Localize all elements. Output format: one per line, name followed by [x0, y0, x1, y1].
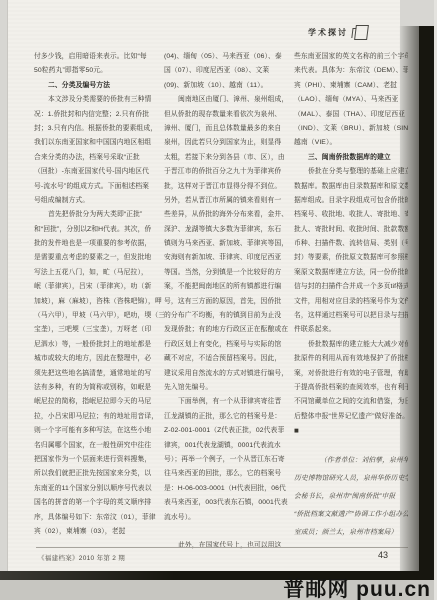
text-line: 文件，用相对应目录的档案号作为文件 — [294, 295, 408, 309]
bookmark-icon — [354, 25, 369, 40]
text-line: 付多少钱，启用暗语来表示。比如“每 — [34, 50, 164, 64]
text-line: 据库组成。目录字段组成可包含侨批的 — [294, 194, 408, 208]
text-line: 号-流水号”的组成方式。下面相述档案 — [34, 180, 164, 194]
text-line: 侨批在分类与整理的基础上应建立 — [294, 165, 408, 179]
text-line: 拉，小吕宋即马尼拉；有的地址用音译， — [34, 410, 164, 424]
author-line: 历史博物馆研究人员，泉州华侨历史学 — [294, 470, 408, 488]
text-line: 表马来西亚，003代表东石镇，0001代表 — [164, 496, 294, 510]
text-line: 是：H-06-003-0001（H代表回批，06代 — [164, 482, 294, 496]
text-line: 律宾，001代表龙湖镇，0001代表流水 — [164, 439, 294, 453]
text-line: 档案号、收批地、收批人、寄批地、寄 — [294, 208, 408, 222]
page-number: 43 — [378, 550, 388, 560]
text-line: （LAO）、缅甸（MYA）、马来西亚 — [294, 93, 408, 107]
text-line: 我们以东南亚国家和中国国内地区相组 — [34, 136, 164, 150]
text-line: 国（07）、印度尼西亚（08）、文莱 — [164, 64, 294, 78]
text-line: 宾（PHI）、柬埔寨（CAM）、老挝 — [294, 79, 408, 93]
text-line: 号组成编制方式。 — [34, 194, 164, 208]
text-line: 所以我们就把正批先按国家来分类，以 — [34, 467, 164, 481]
text-line: 封）等要素，侨批原文数据库可参照档 — [294, 251, 408, 265]
text-line: 号，这有三方面的原因，首先，因侨批 — [164, 295, 294, 309]
text-line: (09)、新加坡（10）、越南（11）。 — [164, 79, 294, 93]
journal-title-footer: 《福建档案》2010 年第 2 期 — [38, 553, 125, 562]
text-line: 批，这样对于晋江市显得分得不到位。 — [164, 180, 294, 194]
text-line: 号）；再举一个例子，一个从晋江东石寄 — [164, 453, 294, 467]
text-line: 和“回批”，分别以Z和H代表。其次，侨 — [34, 223, 164, 237]
text-line: 下面举例，有一个从菲律宾寄往晋 — [164, 395, 294, 409]
text-line: 案，不能把闽南地区的所有镇都进行编 — [164, 280, 294, 294]
text-line: 些东南亚国家的英文名称的前三个字母 — [294, 50, 408, 64]
text-line: 岷（菲律宾），吕宋（菲律宾），叻（新 — [34, 280, 164, 294]
text-line: 东南亚的11个国家分别以顺序号代表以 — [34, 482, 164, 496]
text-line: 况：1.侨批封和内信完整；2.只有侨批 — [34, 108, 164, 122]
text-line: 太粗，若接下来分到各县（市、区），由 — [164, 151, 294, 165]
text-line: 城市或较大的地方，因此在整理中，必 — [34, 352, 164, 366]
text-line: 二、分类及编号方法 — [34, 79, 164, 93]
text-line: 首先把侨批分为两大类即“正批” — [34, 208, 164, 222]
text-line: 藏不对应，不适合预留档案号。因此， — [164, 352, 294, 366]
text-line: 于提高侨批档案的查阅效率，也有利于 — [294, 381, 408, 395]
journal-page: 学术探讨 付多少钱，启用暗语来表示。比如“每50粒药丸”即指零50元。二、分类及… — [7, 0, 400, 572]
text-line: （MAL）、泰国（THA）、印度尼西亚 — [294, 108, 408, 122]
text-line: （马六甲），甲坡（马六甲），吧叻，堧（三 — [34, 309, 164, 323]
text-line: 件联系起来。 — [294, 323, 408, 337]
text-line: 发现侨批；有的地方行政区正在酝酿或在 — [164, 323, 294, 337]
text-line: 江龙湖镇的正批，那么它的档案号是： — [164, 410, 294, 424]
text-line: 漳州、厦门，而且总体数量最多的来自 — [164, 122, 294, 136]
author-line: 室成员；颜兰太，泉州市档案局） — [294, 524, 408, 542]
text-line: （IND）、文莱（BRU）、新加坡（SIN）、 — [294, 122, 408, 136]
text-line: 来代表。具体为：东帝汶（DEM）、菲律 — [294, 64, 408, 78]
text-line: 50粒药丸”即指零50元。 — [34, 64, 164, 78]
text-line: 合来分类的办法，档案号采取“正批 — [34, 151, 164, 165]
text-line: 案，对侨批进行有效的电子管理，有助 — [294, 367, 408, 381]
scan-edge-right — [419, 26, 434, 572]
text-line: 币种、扫描件数、流转信局、类别（号 — [294, 237, 408, 251]
author-line: “侨批档案文献遗产”协调工作小组办公 — [294, 506, 408, 524]
text-line: 流水号）。 — [164, 511, 294, 525]
text-line: 行政区划上有变化，档案号与实际的馆 — [164, 338, 294, 352]
text-line: 信与封的扫描件合并成一个多页tif格式 — [294, 280, 408, 294]
text-line: 法有多种，有的为简称或别称，如岷是 — [34, 381, 164, 395]
text-line: 尼泗水）等，一般侨批封上的地址都是 — [34, 338, 164, 352]
text-line: 等国。当然，分到镇是一个比较好的方 — [164, 266, 294, 280]
text-line: 先入馆先编号。 — [164, 381, 294, 395]
text-line: 批的发件地也是一项重要的参考依据， — [34, 237, 164, 251]
author-line: （作者单位：刘伯孳，泉州华侨 — [294, 452, 408, 470]
scan-shadow-right — [399, 26, 419, 572]
text-line: 序，具体编号如下：东帝汶（01），菲律 — [34, 511, 164, 525]
text-line: 宾（02），柬埔寨（03），老挝 — [34, 525, 164, 539]
text-line: 则一个字可能有多种写法，在这些小地 — [34, 424, 164, 438]
text-line: 于晋江市的侨批百分之九十为菲律宾侨 — [164, 165, 294, 179]
text-line: 是需要重点考虑的要素之一，但发批地 — [34, 251, 164, 265]
text-line: 的分布广不均衡，有的镇到目前为止没 — [164, 309, 294, 323]
text-line: 三、闽南侨批数据库的建立 — [294, 151, 408, 165]
author-affiliation-block: （作者单位：刘伯孳，泉州华侨历史博物馆研究人员，泉州华侨历史学会秘书长，泉州市“… — [294, 452, 408, 542]
text-line: 往马来西亚的回批，那么，它的档案号 — [164, 467, 294, 481]
text-line: Z-02-001-0001（Z代表正批，02代表菲 — [164, 424, 294, 438]
footer-rule — [36, 547, 408, 548]
text-line: 案原文数据库建立方法，同一份侨批的 — [294, 266, 408, 280]
text-line: 建议采用自然流水的方式对镇进行编号， — [164, 367, 294, 381]
text-line: 宝垄），三吧堧（三宝垄），万呀老（印 — [34, 323, 164, 337]
text-line: 写法上五花八门，如，甿（马尼拉）， — [34, 266, 164, 280]
text-line: 不同馆藏单位之间的交流和借鉴，为日 — [294, 395, 408, 409]
text-column-3: 些东南亚国家的英文名称的前三个字母来代表。具体为：东帝汶（DEM）、菲律宾（PH… — [294, 50, 408, 554]
text-line: 泉州，因此若只分到国家为止，则显得 — [164, 136, 294, 150]
text-line: 闽南地区由厦门、漳州、泉州组成， — [164, 93, 294, 107]
text-line — [164, 525, 294, 539]
text-line: 后整体申报“世界记忆遗产”做好准备。 — [294, 410, 408, 424]
text-line: 本文涉及分类需要的侨批有三种情 — [34, 93, 164, 107]
text-line: 封；3.只有内信。根据侨批的要素组成， — [34, 122, 164, 136]
text-line: 名归属哪个国家，在一般性研究中往往 — [34, 439, 164, 453]
text-line: 镇则为马来西亚、新加坡、菲律宾等国， — [164, 237, 294, 251]
text-line: ■ — [294, 424, 408, 438]
text-column-1: 付多少钱，启用暗语来表示。比如“每50粒药丸”即指零50元。二、分类及编号方法本… — [34, 50, 164, 554]
text-line: 加坡），麻（麻坡），咨株（咨株吧锦），呷 — [34, 295, 164, 309]
article-body: 付多少钱，启用暗语来表示。比如“每50粒药丸”即指零50元。二、分类及编号方法本… — [34, 50, 408, 554]
text-line: 些差异，从侨批的海外分布来看，金井、 — [164, 208, 294, 222]
text-line: 岷尼拉的简称，指岷尼拉即今天的马尼 — [34, 395, 164, 409]
section-header: 学术探讨 — [8, 25, 400, 41]
column-3-body: 些东南亚国家的英文名称的前三个字母来代表。具体为：东帝汶（DEM）、菲律宾（PH… — [294, 50, 408, 439]
text-line: (04)、缅甸（05）、马来西亚（06）、泰 — [164, 50, 294, 64]
text-line: 越南（VIE）。 — [294, 136, 408, 150]
section-header-label: 学术探讨 — [308, 27, 348, 38]
author-line: 会秘书长，泉州市“闽南侨批”申报 — [294, 488, 408, 506]
scan-background: 学术探讨 付多少钱，启用暗语来表示。比如“每50粒药丸”即指零50元。二、分类及… — [0, 0, 437, 600]
text-line: 批人、寄批时间、收批时间、批款数额、 — [294, 223, 408, 237]
watermark-text: 普邮网 puu.cn — [283, 573, 431, 600]
text-line: 深沪、龙湖等镇大多数为菲律宾，东石 — [164, 223, 294, 237]
text-line: 安海则有新加坡、菲律宾、印度尼西亚 — [164, 251, 294, 265]
text-line: 批原件的利用从而有效地保护了侨批档 — [294, 352, 408, 366]
text-line: 侨批数据库的建立能大大减少对侨 — [294, 338, 408, 352]
text-line: 须先把这些地名搞清楚，通常地址的写 — [34, 367, 164, 381]
text-line: 另外，若从晋江市所属的镇来看则有一 — [164, 194, 294, 208]
text-line: 名，这样通过档案号可以把目录与扫描 — [294, 309, 408, 323]
text-column-2: (04)、缅甸（05）、马来西亚（06）、泰国（07）、印度尼西亚（08）、文莱… — [164, 50, 294, 554]
text-line: 但从侨批的现存数量来看依次为泉州、 — [164, 108, 294, 122]
text-line: 数据库。数据库由目录数据库和原文数 — [294, 180, 408, 194]
text-line: （回批）-东南亚国家代号-国内地区代 — [34, 165, 164, 179]
text-line: 把国家作为一个层面来进行资料搜集， — [34, 453, 164, 467]
text-line: 国名的拼音的第一个字母的英文顺序排 — [34, 496, 164, 510]
